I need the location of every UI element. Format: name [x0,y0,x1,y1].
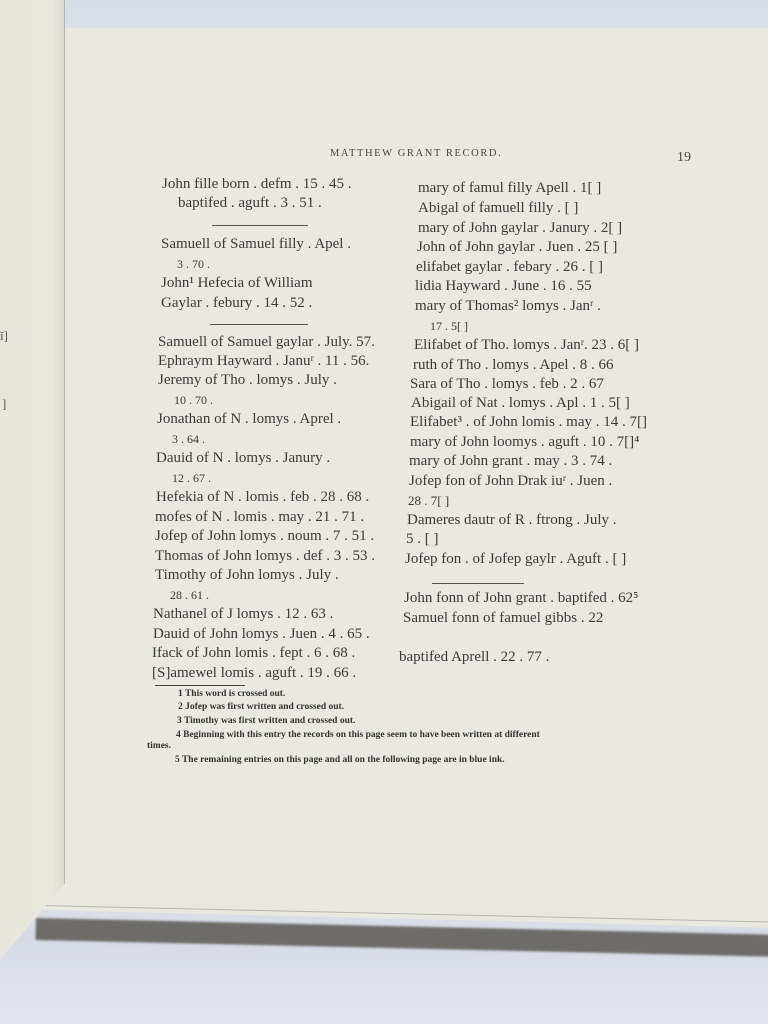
footnote-rule [155,685,245,686]
section-rule [210,324,308,325]
record-line: Thomas of John lomys . def . 3 . 53 . [155,548,375,565]
record-line: 17 . 5[ ] [430,318,468,335]
record-line: elifabet gaylar . febary . 26 . [ ] [416,259,603,276]
record-line: baptifed Aprell . 22 . 77 . [399,649,549,666]
record-line: Gaylar . febury . 14 . 52 . [161,295,312,312]
record-line: Samuel fonn of famuel gibbs . 22 [403,610,603,627]
record-line: 12 . 67 . [172,470,211,487]
record-line: Abigal of famuell filly . [ ] [418,200,578,217]
record-line: Jeremy of Tho . lomys . July . [158,372,337,389]
record-line: 10 . 70 . [174,392,213,409]
record-line: ruth of Tho . lomys . Apel . 8 . 66 [413,357,614,374]
record-line: Elifabet³ . of John lomis . may . 14 . 7… [410,414,647,431]
record-line: 28 . 61 . [170,587,209,604]
record-line: Abigail of Nat . lomys . Apl . 1 . 5[ ] [411,395,630,412]
page-number: 19 [677,150,691,166]
footnote: 1 This word is crossed out. [178,689,285,699]
record-line: Elifabet of Tho. lomys . Janʳ. 23 . 6[ ] [414,337,639,354]
record-line: mary of famul filly Apell . 1[ ] [418,180,601,197]
record-line: Samuell of Samuel filly . Apel . [161,236,351,253]
record-line: Ifack of John lomis . fept . 6 . 68 . [152,645,355,662]
record-line: Sara of Tho . lomys . feb . 2 . 67 [410,376,604,393]
record-line: 28 . 7[ ] [408,492,449,509]
footnote: 2 Jofep was first written and crossed ou… [178,702,344,712]
record-line: John¹ Hefecia of William [161,275,313,292]
record-line: Dauid of N . lomys . Janury . [156,450,330,467]
record-line: Timothy of John lomys . July . [155,567,339,584]
record-line: 3 . 64 . [172,431,205,448]
record-line: Jofep of John lomys . noum . 7 . 51 . [155,528,374,545]
section-rule [432,583,524,584]
footnote: times. [147,741,171,751]
record-line: mary of John grant . may . 3 . 74 . [409,453,612,470]
record-line: Jofep fon . of Jofep gaylr . Aguft . [ ] [405,551,626,568]
record-line: mary of Thomas² lomys . Janʳ . [415,298,601,315]
record-line: mofes of N . lomis . may . 21 . 71 . [155,509,364,526]
record-line: John of John gaylar . Juen . 25 [ ] [417,239,617,256]
record-line: Dameres dautr of R . ftrong . July . [407,512,617,529]
record-line: mary of John gaylar . Janury . 2[ ] [418,220,622,237]
footnote: 3 Timothy was first written and crossed … [177,716,355,726]
record-line: Hefekia of N . lomis . feb . 28 . 68 . [156,489,369,506]
record-line: John fonn of John grant . baptifed . 62⁵ [404,590,638,607]
record-line: baptifed . aguft . 3 . 51 . [178,195,322,212]
record-line: Jonathan of N . lomys . Aprel . [157,411,341,428]
record-line: 5 . [ ] [406,531,439,548]
footnote: 4 Beginning with this entry the records … [176,730,540,740]
record-line: John fille born . defm . 15 . 45 . [162,176,352,193]
record-line: lidia Hayward . June . 16 . 55 [415,278,592,295]
record-line: Dauid of John lomys . Juen . 4 . 65 . [153,626,370,643]
footnote: 5 The remaining entries on this page and… [175,755,505,765]
record-line: Samuell of Samuel gaylar . July. 57. [158,334,375,351]
record-line: Nathanel of J lomys . 12 . 63 . [153,606,333,623]
section-rule [212,225,308,226]
running-head: MATTHEW GRANT RECORD. [330,148,502,159]
page-content: MATTHEW GRANT RECORD. 19 John fille born… [0,0,768,1024]
record-line: 3 . 70 . [177,256,210,273]
record-line: mary of John loomys . aguft . 10 . 7[]⁴ [410,434,639,451]
record-line: [S]amewel lomis . aguft . 19 . 66 . [152,665,356,682]
record-line: Jofep fon of John Drak iuʳ . Juen . [409,473,612,490]
record-line: Ephraym Hayward . Januʳ . 11 . 56. [158,353,369,370]
